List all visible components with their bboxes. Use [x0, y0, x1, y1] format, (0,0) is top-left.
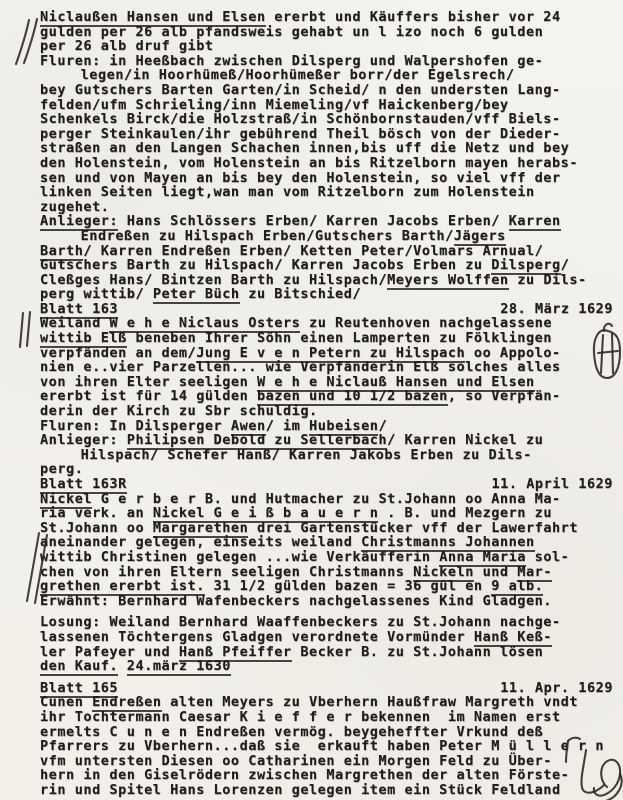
text-segment: Anlieger: — [40, 432, 127, 448]
text-segment: . B. und Mezgern zu — [378, 505, 552, 521]
document-line: Weiland W e h e Niclaus Osters zu Reuten… — [40, 316, 613, 331]
document-line: ria verk. an Nickel G e i ß b a u e r n … — [40, 506, 613, 521]
document-line: Anlieger: Philipsen Debold zu Sellerbach… — [40, 433, 613, 448]
line-text: den Holenstein, vom Holenstein an bis Ri… — [40, 155, 578, 171]
document-line: ihr Tochtermann Caesar K i e f f e r bek… — [40, 710, 613, 725]
document-line: bey Gutschers Barten Garten/in Scheid/ n… — [40, 83, 613, 98]
text-segment: derin der Kirch zu Sbr schuldig. — [40, 403, 318, 419]
text-segment: legen/in Hoorhümeß/Hoorhümeßer borr/der … — [81, 67, 515, 83]
document-line: Cunen Endreßen alten Meyers zu Vberhern … — [40, 695, 613, 710]
document-line: straßen an den Langen Schachen innen,bis… — [40, 141, 613, 156]
underlined-text: 24.märz 1630 — [127, 658, 231, 676]
line-text: Erwähnt: Bernhard Wafenbeckers nachgelas… — [40, 593, 552, 609]
text-segment: ler Pafeyer und — [40, 644, 179, 660]
line-text: hern in den Giselrödern zwischen Margret… — [40, 767, 569, 783]
document-line: grethen ererbt ist. 31 1/2 gülden bazen … — [40, 579, 613, 594]
document-line: linken Seiten liegt,wan man vom Ritzelbo… — [40, 185, 613, 200]
document-line: Pfarrers zu Vberhern...daß sie erkauft h… — [40, 739, 613, 754]
text-segment: Gutschers Barth zu Hilspach/ Karren Jaco… — [40, 257, 491, 273]
typewritten-text-block: Niclaußen Hansen und Elsen ererbt und Kä… — [40, 10, 613, 797]
text-segment: Schenkels Birck/die Holzstraß/in Schönbo… — [40, 111, 561, 127]
text-segment: linken Seiten liegt,wan man vom Ritzelbo… — [40, 184, 535, 200]
text-segment: , so Verpfän- — [448, 388, 561, 404]
text-segment: wittib Christinen gelegen ...wie Verkäuf… — [40, 549, 439, 565]
text-segment: / — [561, 257, 570, 273]
text-segment: perg. — [40, 461, 83, 477]
date-label: 11. April 1629 — [492, 477, 614, 492]
document-line: Barth/ Karren Endreßen Erben/ Ketten Pet… — [40, 244, 613, 259]
underlined-text: den Kauf. — [40, 658, 118, 676]
text-segment: zu Bitschied/ — [240, 286, 362, 302]
text-segment: ria verk. an — [40, 505, 153, 521]
text-segment: Erwähnt: Bernhard Wafenbeckers nachgelas… — [40, 593, 552, 609]
line-text: straßen an den Langen Schachen innen,bis… — [40, 140, 569, 156]
text-segment: Pfarrers zu Vberhern...daß sie erkauft h… — [40, 738, 604, 754]
document-line: Losung: Weiland Bernhard Waaffenbeckers … — [40, 615, 613, 630]
document-line: den Kauf. 24.märz 1630 — [40, 659, 613, 674]
document-line: nien e..vier Parzellen... wie Verpfänder… — [40, 360, 613, 375]
document-line: Niclaußen Hansen und Elsen ererbt und Kä… — [40, 10, 613, 25]
text-segment: rin und Spitel Hans Lorenzen gelegen ite… — [40, 782, 561, 798]
blatt-header-line: Blatt 163R11. April 1629 — [40, 477, 613, 492]
text-segment: Endreßen zu Hilspach Erben/Gutschers Bar… — [81, 228, 454, 244]
document-line: Hilspach/ Schefer Hanß/ Karren Jakobs Er… — [40, 448, 613, 463]
text-segment: Becker B. zu St.Johann lösen — [292, 644, 544, 660]
text-segment: den Holenstein, vom Holenstein an bis Ri… — [40, 155, 578, 171]
underlined-text: Meyers Wolffen — [387, 272, 509, 290]
document-line: gulden per 26 alb pfandsweis gehabt un l… — [40, 25, 613, 40]
blatt-header-line: Blatt 16511. Apr. 1629 — [40, 681, 613, 696]
date-label: 11. Apr. 1629 — [500, 681, 613, 696]
line-text: Schenkels Birck/die Holzstraß/in Schönbo… — [40, 111, 561, 127]
line-text: Pfarrers zu Vberhern...daß sie erkauft h… — [40, 738, 604, 754]
line-text: legen/in Hoorhümeß/Hoorhümeßer borr/der … — [81, 67, 515, 83]
line-text: perg. — [40, 461, 83, 477]
document-line: sen und von Mayen an bis bey den Holenst… — [40, 171, 613, 186]
text-segment: zu Dils- — [509, 272, 587, 288]
document-line: perg wittib/ Peter Büch zu Bitschied/ — [40, 287, 613, 302]
line-text: nien e..vier Parzellen... wie Verpfänder… — [40, 359, 561, 375]
document-line: wittib Christinen gelegen ...wie Verkäuf… — [40, 550, 613, 565]
text-segment: Hilspach/ Schefer Hanß/ Karren Jakobs Er… — [81, 447, 532, 463]
document-line: lassenen Töchtergens Gladgen verordnete … — [40, 630, 613, 645]
text-segment: beneben Ihrer Söhn einen Lamperten zu Fö… — [127, 330, 552, 346]
document-line: perg. — [40, 462, 613, 477]
document-line: rin und Spitel Hans Lorenzen gelegen ite… — [40, 783, 613, 798]
text-segment: nien e..vier Parzellen... wie Verpfänder… — [40, 359, 561, 375]
text-segment: Losung: Weiland Bernhard Waaffenbeckers … — [40, 614, 561, 630]
text-segment: / Karren Nickel zu — [387, 432, 543, 448]
document-line: chen von ihren Eltern seeligen Christman… — [40, 565, 613, 580]
line-text: Blatt 165 — [40, 681, 118, 696]
document-line: ererbt ist für 14 gülden bazen und 10 1/… — [40, 389, 613, 404]
line-text: rin und Spitel Hans Lorenzen gelegen ite… — [40, 782, 561, 798]
text-segment: ihr Tochtermann Caesar K i e f f e r bek… — [40, 709, 561, 725]
margin-slash-mark-top — [16, 19, 37, 64]
text-segment: alten Meyers zu Vberhern Haußfraw Margre… — [162, 694, 579, 710]
text-segment: lassenen Töchtergens Gladgen verordnete … — [40, 629, 474, 645]
text-segment: 31 1/2 gülden bazen = 36 gül en — [205, 578, 491, 594]
margin-bar-mark-blatt-163 — [20, 312, 30, 347]
text-segment: perg wittib/ — [40, 286, 153, 302]
document-line: aneinander gelegen, einseits weiland Chr… — [40, 535, 613, 550]
line-text: linken Seiten liegt,wan man vom Ritzelbo… — [40, 184, 535, 200]
text-segment: hern in den Giselrödern zwischen Margret… — [40, 767, 569, 783]
text-segment — [118, 658, 127, 674]
line-text: den Kauf. 24.märz 1630 — [40, 658, 231, 676]
underlined-text: Peter Büch — [153, 286, 240, 304]
document-line: Anlieger: Hans Schlössers Erben/ Karren … — [40, 214, 613, 229]
document-line: per 26 alb druf gibt — [40, 39, 613, 54]
document-line: Schenkels Birck/die Holzstraß/in Schönbo… — [40, 112, 613, 127]
line-text: per 26 alb druf gibt — [40, 38, 214, 54]
scanned-document-page: Niclaußen Hansen und Elsen ererbt und Kä… — [0, 0, 623, 800]
line-text: bey Gutschers Barten Garten/in Scheid/ n… — [40, 82, 561, 98]
document-line: wittib Elß beneben Ihrer Söhn einen Lamp… — [40, 331, 613, 346]
line-text: Losung: Weiland Bernhard Waaffenbeckers … — [40, 614, 561, 630]
document-line: hern in den Giselrödern zwischen Margret… — [40, 768, 613, 783]
underlined-text: Karren — [509, 213, 561, 231]
text-segment: Hans Schlössers Erben/ Karren Jacobs Erb… — [118, 213, 509, 229]
document-line: Erwähnt: Bernhard Wafenbeckers nachgelas… — [40, 594, 613, 609]
text-segment: Cunen — [40, 694, 92, 710]
line-text: Hilspach/ Schefer Hanß/ Karren Jakobs Er… — [81, 447, 532, 463]
text-segment: bey Gutschers Barten Garten/in Scheid/ n… — [40, 82, 561, 98]
text-segment: ererbt und Käuffers bisher vor 24 — [266, 9, 561, 25]
document-line: ler Pafeyer und Hanß Pfeiffer Becker B. … — [40, 645, 613, 660]
document-line: Gutschers Barth zu Hilspach/ Karren Jaco… — [40, 258, 613, 273]
line-text: Blatt 163R — [40, 477, 127, 492]
document-line: den Holenstein, vom Holenstein an bis Ri… — [40, 156, 613, 171]
text-segment: straßen an den Langen Schachen innen,bis… — [40, 140, 569, 156]
document-line: felden/ufm Schrieling/inn Miemeling/vf H… — [40, 98, 613, 113]
document-line: ermelts C u n e n Endreßen vermög. beyge… — [40, 725, 613, 740]
document-line: Nickel G e r b e r B. und Hutmacher zu S… — [40, 492, 613, 507]
text-segment: per 26 alb druf gibt — [40, 38, 214, 54]
line-text: ihr Tochtermann Caesar K i e f f e r bek… — [40, 709, 561, 725]
text-segment: sol- — [526, 549, 569, 565]
document-line: legen/in Hoorhümeß/Hoorhümeßer borr/der … — [40, 68, 613, 83]
line-text: derin der Kirch zu Sbr schuldig. — [40, 403, 318, 419]
text-segment: aneinander gelegen, einseits weiland — [40, 534, 361, 550]
